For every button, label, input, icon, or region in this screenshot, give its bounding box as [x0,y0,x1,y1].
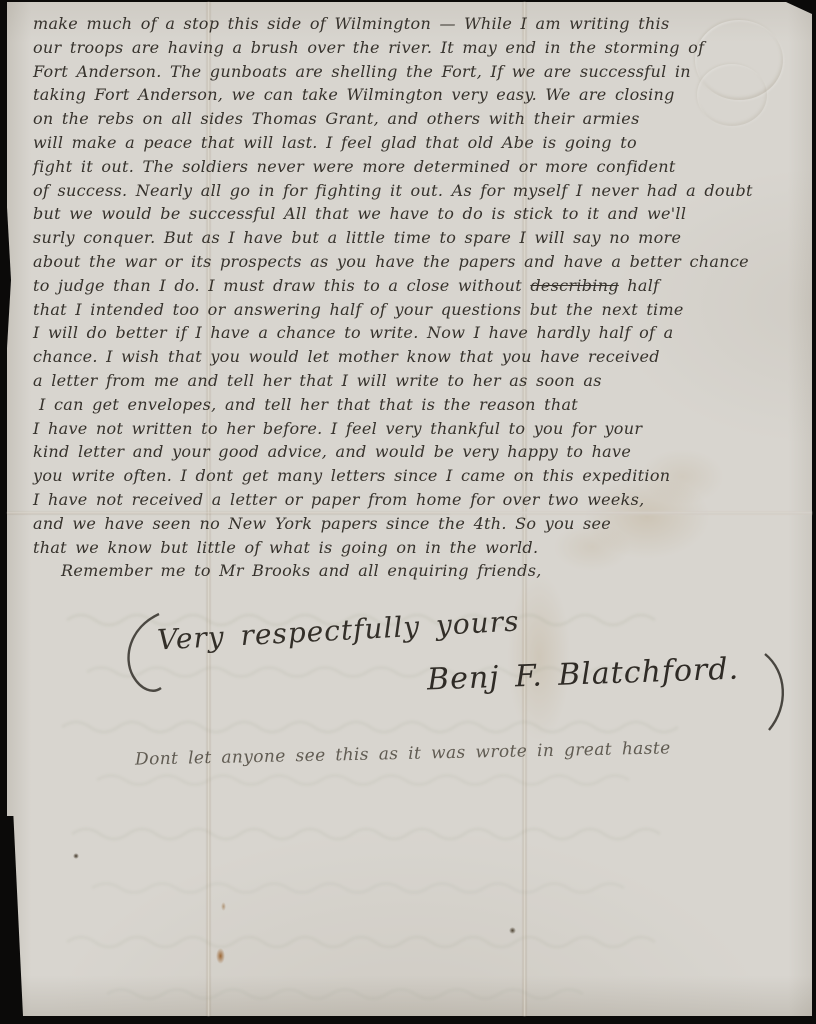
letter-line: Fort Anderson. The gunboats are shelling… [33,60,815,84]
letter-line: will make a peace that will last. I feel… [33,131,815,155]
letter-line: that we know but little of what is going… [33,536,815,560]
letter-line: but we would be successful All that we h… [33,202,815,226]
letter-line: I have not written to her before. I feel… [33,417,815,441]
line-segment: to judge than I do. I must draw this to … [33,276,530,295]
letter-line: chance. I wish that you would let mother… [33,345,815,369]
letter-line: surly conquer. But as I have but a littl… [33,226,815,250]
letter-line: on the rebs on all sides Thomas Grant, a… [33,107,815,131]
letter-line: about the war or its prospects as you ha… [33,250,815,274]
scan-background: { "document_type": "handwritten-letter-s… [0,0,816,1024]
letter-line: to judge than I do. I must draw this to … [33,274,815,298]
letter-line: you write often. I dont get many letters… [33,464,815,488]
letter-line: of success. Nearly all go in for fightin… [33,179,815,203]
letter-line: our troops are having a brush over the r… [33,36,815,60]
letter-body: make much of a stop this side of Wilming… [33,12,815,583]
letter-line: I can get envelopes, and tell her that t… [33,393,815,417]
struck-word: describing [530,276,619,295]
letter-line: make much of a stop this side of Wilming… [33,12,815,36]
line-segment: half [619,276,659,295]
letter-page: make much of a stop this side of Wilming… [7,2,812,1016]
letter-line: Remember me to Mr Brooks and all enquiri… [33,559,815,583]
letter-line: and we have seen no New York papers sinc… [33,512,815,536]
letter-line: taking Fort Anderson, we can take Wilmin… [33,83,815,107]
letter-line: a letter from me and tell her that I wil… [33,369,815,393]
letter-line: I have not received a letter or paper fr… [33,488,815,512]
letter-line: I will do better if I have a chance to w… [33,321,815,345]
letter-line: fight it out. The soldiers never were mo… [33,155,815,179]
letter-line: that I intended too or answering half of… [33,298,815,322]
letter-line: kind letter and your good advice, and wo… [33,440,815,464]
